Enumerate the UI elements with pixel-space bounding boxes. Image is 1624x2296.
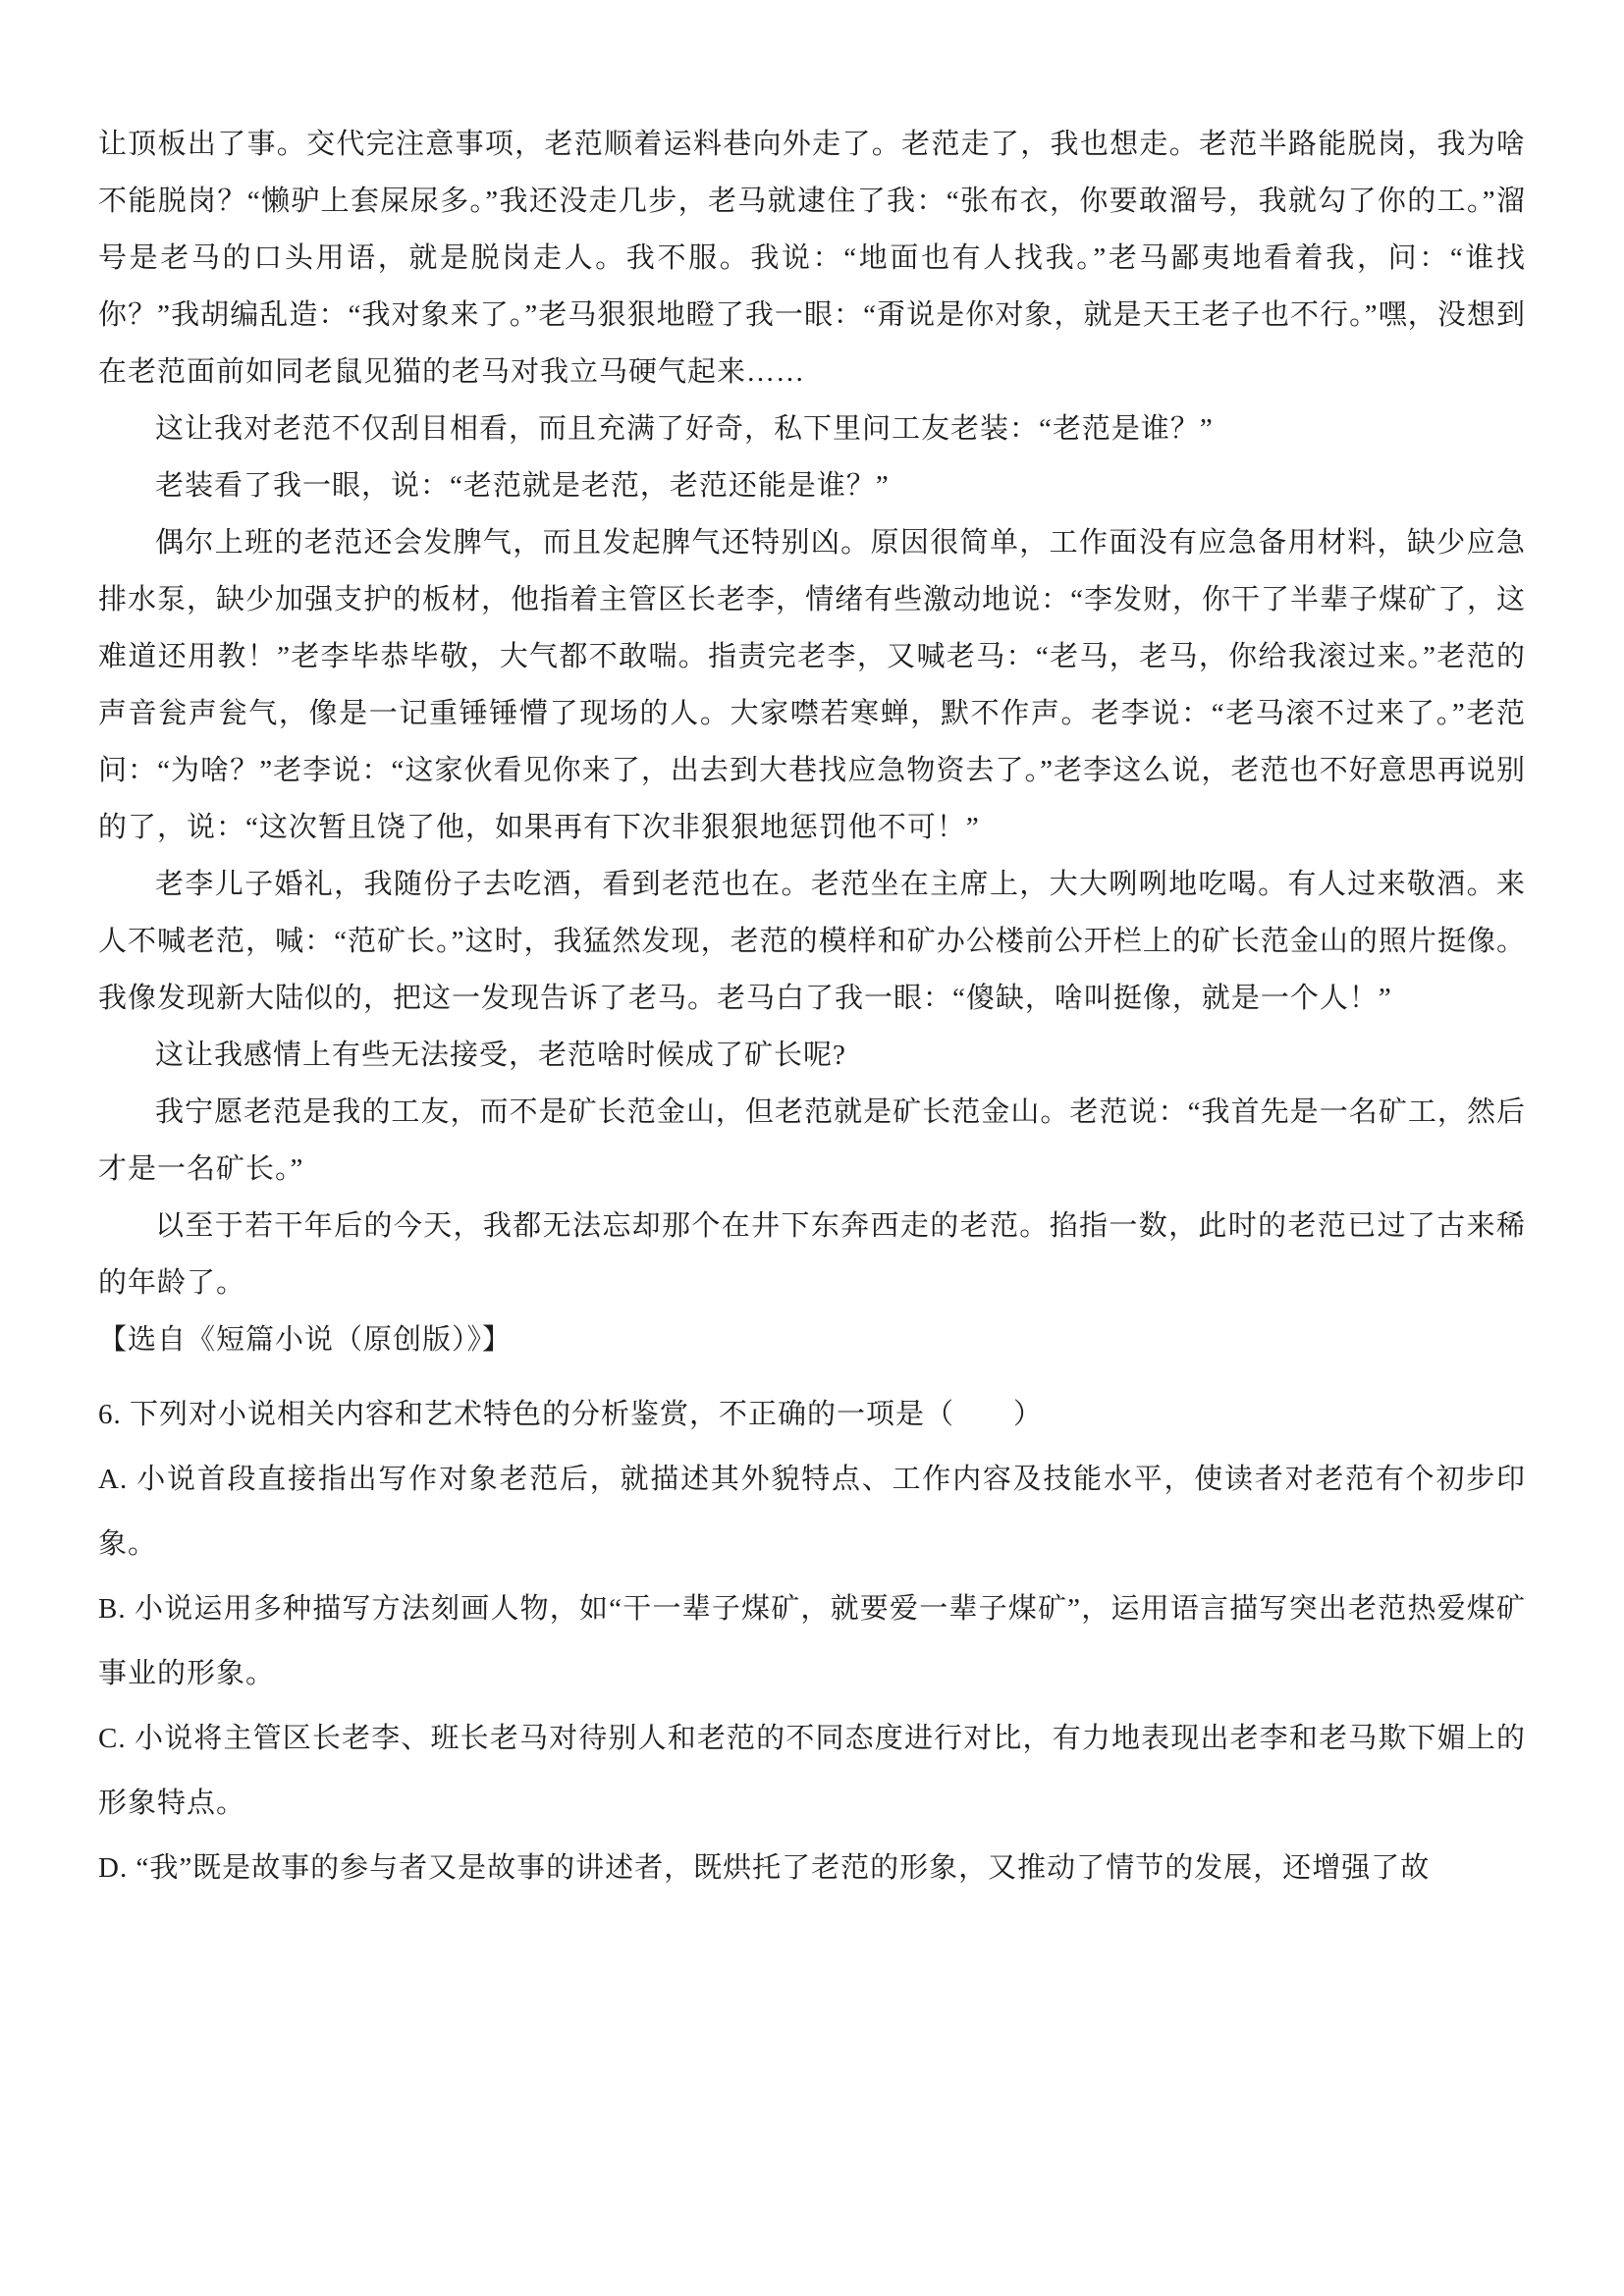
question-6-option-d: D. “我”既是故事的参与者又是故事的讲述者，既烘托了老范的形象，又推动了情节的… — [98, 1836, 1526, 1900]
question-6-block: 6. 下列对小说相关内容和艺术特色的分析鉴赏，不正确的一项是（ ） A. 小说首… — [98, 1382, 1526, 1900]
passage-source-attribution: 【选自《短篇小说（原创版）》】 — [98, 1311, 1526, 1368]
passage-paragraph-8: 以至于若干年后的今天，我都无法忘却那个在井下东奔西走的老范。掐指一数，此时的老范… — [98, 1198, 1526, 1311]
question-6-option-a: A. 小说首段直接指出写作对象老范后，就描述其外貌特点、工作内容及技能水平，使读… — [98, 1447, 1526, 1576]
question-6-stem: 6. 下列对小说相关内容和艺术特色的分析鉴赏，不正确的一项是（ ） — [98, 1382, 1526, 1447]
passage-paragraph-5: 老李儿子婚礼，我随份子去吃酒，看到老范也在。老范坐在主席上，大大咧咧地吃喝。有人… — [98, 856, 1526, 1027]
passage-paragraph-2: 这让我对老范不仅刮目相看，而且充满了好奇，私下里问工友老装：“老范是谁？” — [98, 400, 1526, 457]
passage-paragraph-6: 这让我感情上有些无法接受，老范啥时候成了矿长呢? — [98, 1027, 1526, 1084]
reading-passage: 让顶板出了事。交代完注意事项，老范顺着运料巷向外走了。老范走了，我也想走。老范半… — [98, 116, 1526, 1368]
passage-paragraph-1: 让顶板出了事。交代完注意事项，老范顺着运料巷向外走了。老范走了，我也想走。老范半… — [98, 116, 1526, 400]
question-6-option-b: B. 小说运用多种描写方法刻画人物，如“干一辈子煤矿，就要爱一辈子煤矿”，运用语… — [98, 1576, 1526, 1706]
passage-paragraph-4: 偶尔上班的老范还会发脾气，而且发起脾气还特别凶。原因很简单，工作面没有应急备用材… — [98, 514, 1526, 856]
passage-paragraph-7: 我宁愿老范是我的工友，而不是矿长范金山，但老范就是矿长范金山。老范说：“我首先是… — [98, 1084, 1526, 1198]
passage-paragraph-3: 老装看了我一眼，说：“老范就是老范，老范还能是谁？” — [98, 457, 1526, 514]
exam-page: 让顶板出了事。交代完注意事项，老范顺着运料巷向外走了。老范走了，我也想走。老范半… — [0, 0, 1624, 2296]
question-6-option-c: C. 小说将主管区长老李、班长老马对待别人和老范的不同态度进行对比，有力地表现出… — [98, 1706, 1526, 1836]
